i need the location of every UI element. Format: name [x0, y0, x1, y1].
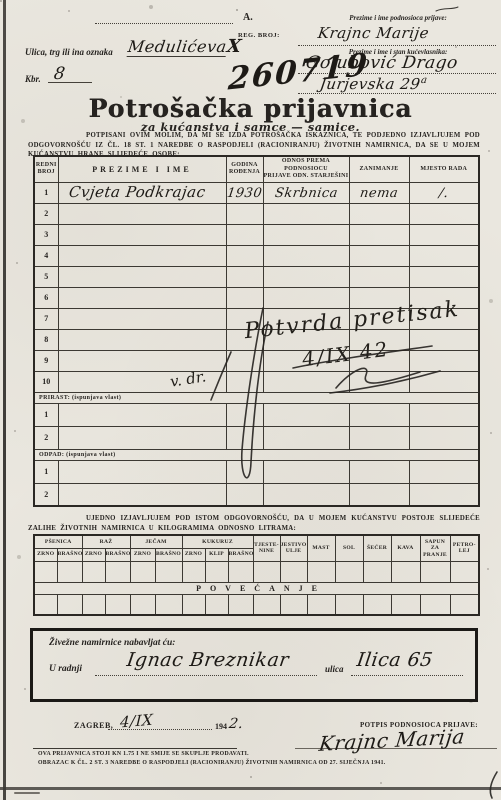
supplies-column-header: PETRO- LEJ	[450, 535, 479, 561]
empty-cell	[226, 483, 263, 506]
prirast-row: 2	[34, 426, 479, 449]
purchase-street-label: ulica	[325, 664, 344, 674]
supply-value-cell	[34, 594, 57, 615]
column-header: ODNOS PREMA PODNOSIOCU PRIJAVE ODN. STAR…	[263, 156, 349, 182]
column-header: ZANIMANJE	[349, 156, 409, 182]
section-letter: A.	[243, 12, 253, 23]
supplies-subcolumn-header: ZRNO	[82, 548, 105, 561]
workplace	[409, 224, 479, 245]
paper-speckles	[0, 0, 2, 2]
street-label: Ulica, trg ili ina oznaka	[25, 47, 113, 57]
odpad-row: 1	[34, 460, 479, 483]
person-name	[58, 224, 226, 245]
supplies-subcolumn-header: KLIP	[205, 548, 228, 561]
workplace	[409, 245, 479, 266]
date-handwriting: 4/IX	[120, 710, 154, 731]
person-row: 3	[34, 224, 479, 245]
supply-value-cell	[155, 594, 182, 615]
scan-edge-bottom	[0, 787, 501, 790]
birth-year	[226, 371, 263, 392]
empty-cell	[58, 460, 226, 483]
birth-year	[226, 287, 263, 308]
supply-value-cell	[205, 561, 228, 582]
birth-year	[226, 266, 263, 287]
reg-broj-label: REG. BROJ:	[238, 32, 280, 39]
supply-value-cell	[57, 594, 82, 615]
person-name	[58, 308, 226, 329]
prirast-row: 1	[34, 403, 479, 426]
person-row: 1Cvjeta Podkrajac1930Skrbnicanema/.	[34, 182, 479, 203]
supplies-column-header: PŠENICA	[34, 535, 82, 548]
person-name	[58, 245, 226, 266]
occupation-text: nema	[359, 187, 399, 200]
prirast-label-row: PRIRAST: (ispunjava vlast)	[34, 392, 479, 403]
scan-corner-mark	[490, 772, 497, 798]
row-number: 2	[34, 426, 58, 449]
row-number: 7	[34, 308, 58, 329]
supplies-table: PŠENICARAŽJEČAMKUKURUZTJESTE- NINEJESTIV…	[33, 534, 480, 616]
person-row: 10	[34, 371, 479, 392]
purchase-box: Živežne namirnice nabavljat ću: U radnji…	[30, 628, 478, 702]
supply-value-cell	[182, 594, 205, 615]
birth-year	[226, 224, 263, 245]
blank-dotted-line	[95, 23, 233, 24]
empty-cell	[263, 483, 349, 506]
form-title: Potrošačka prijavnica	[0, 94, 501, 123]
supply-value-cell	[130, 561, 155, 582]
purchase-street-handwriting: Ilica 65	[355, 649, 434, 671]
prirast-label: PRIRAST: (ispunjava vlast)	[34, 392, 479, 403]
supplies-column-header: SOL	[335, 535, 363, 561]
declaration-paragraph: UJEDNO IZJAVLJUJEM POD ISTOM ODGOVORNOŠĆ…	[28, 514, 480, 533]
supplies-table-body: PŠENICARAŽJEČAMKUKURUZTJESTE- NINEJESTIV…	[34, 535, 479, 615]
fine-print-1: OVA PRIJAVNICA STOJI KN 1.75 I NE SMIJE …	[38, 751, 249, 757]
person-name: Cvjeta Podkrajac	[58, 182, 226, 203]
povecanje-band: POVEĆANJE	[34, 582, 479, 594]
birth-year: 1930	[226, 182, 263, 203]
supplies-group-row: PŠENICARAŽJEČAMKUKURUZTJESTE- NINEJESTIV…	[34, 535, 479, 548]
purchase-heading: Živežne namirnice nabavljat ću:	[49, 638, 175, 648]
relation	[263, 266, 349, 287]
supply-value-cell	[253, 561, 280, 582]
column-header: PREZIME I IME	[58, 156, 226, 182]
empty-cell	[226, 426, 263, 449]
workplace: /.	[409, 182, 479, 203]
supplies-subcolumn-header: ZRNO	[34, 548, 57, 561]
supply-value-cell	[130, 594, 155, 615]
column-header: GODINA ROĐENJA	[226, 156, 263, 182]
row-number: 4	[34, 245, 58, 266]
supplies-column-header: MAST	[307, 535, 335, 561]
supply-value-cell	[34, 561, 57, 582]
supplies-column-header: JESTIVO ULJE	[280, 535, 307, 561]
supplies-column-header: SAPUN ZA PRANJE	[420, 535, 450, 561]
odpad-label-row: ODPAD: (ispunjava vlast)	[34, 449, 479, 460]
house-number-handwriting: 8	[53, 64, 67, 84]
person-name	[58, 203, 226, 224]
workplace	[409, 371, 479, 392]
supply-value-cell	[228, 594, 253, 615]
empty-cell	[226, 403, 263, 426]
supply-value-cell	[335, 594, 363, 615]
supply-value-cell	[253, 594, 280, 615]
year-handwriting: 2.	[228, 716, 245, 732]
supply-value-cell	[335, 561, 363, 582]
empty-cell	[409, 460, 479, 483]
shop-line: Ignac Breznikar	[95, 649, 317, 676]
empty-cell	[409, 426, 479, 449]
row-number: 8	[34, 329, 58, 350]
odpad-row: 2	[34, 483, 479, 506]
year-printed: 194	[215, 722, 227, 731]
birth-year	[226, 203, 263, 224]
supplies-subcolumn-header: BRAŠNO	[57, 548, 82, 561]
person-row: 2	[34, 203, 479, 224]
supplies-column-header: KUKURUZ	[182, 535, 253, 548]
supplies-subcolumn-header: ZRNO	[130, 548, 155, 561]
person-name	[58, 329, 226, 350]
workplace	[409, 350, 479, 371]
supply-value-cell	[155, 561, 182, 582]
persons-header-row: REDNI BROJPREZIME I IMEGODINA ROĐENJAODN…	[34, 156, 479, 182]
column-header: MJESTO RADA	[409, 156, 479, 182]
occupation	[349, 371, 409, 392]
scan-mark	[436, 7, 458, 11]
empty-cell	[349, 426, 409, 449]
person-row: 5	[34, 266, 479, 287]
relation-text: Skrbnica	[274, 187, 339, 200]
relation	[263, 245, 349, 266]
supply-value-cell	[105, 561, 130, 582]
signature-line: Krajnc Marija	[295, 728, 497, 749]
fine-print-2: OBRAZAC K ČL. 2 ST. 3 NAREDBE O RASPODJE…	[38, 760, 386, 766]
person-name-text: Cvjeta Podkrajac	[68, 186, 206, 199]
row-number: 10	[34, 371, 58, 392]
column-header: REDNI BROJ	[34, 156, 58, 182]
supply-value-cell	[391, 561, 420, 582]
empty-cell	[58, 426, 226, 449]
supply-value-cell	[182, 561, 205, 582]
person-name	[58, 287, 226, 308]
supply-value-cell	[420, 594, 450, 615]
workplace-text: /.	[438, 187, 449, 200]
occupation: nema	[349, 182, 409, 203]
supplies-subcolumn-header: ZRNO	[182, 548, 205, 561]
row-number: 1	[34, 460, 58, 483]
row-number: 3	[34, 224, 58, 245]
relation	[263, 224, 349, 245]
row-number: 9	[34, 350, 58, 371]
supplies-subcolumn-header: BRAŠNO	[228, 548, 253, 561]
scan-mark	[14, 792, 40, 794]
supply-value-cell	[205, 594, 228, 615]
empty-cell	[409, 483, 479, 506]
supply-value-cell	[363, 594, 391, 615]
occupation	[349, 203, 409, 224]
empty-cell	[263, 403, 349, 426]
supply-value-cell	[391, 594, 420, 615]
row-number: 2	[34, 203, 58, 224]
relation: Skrbnica	[263, 182, 349, 203]
empty-cell	[409, 403, 479, 426]
supplies-subcolumn-header: BRAŠNO	[155, 548, 182, 561]
supply-value-cell	[57, 561, 82, 582]
supply-value-cell	[307, 594, 335, 615]
house-number-label: Kbr.	[25, 74, 41, 84]
supplies-column-header: ŠEĆER	[363, 535, 391, 561]
person-name	[58, 266, 226, 287]
person-row: 4	[34, 245, 479, 266]
supplies-column-header: TJESTE- NINE	[253, 535, 280, 561]
supplies-data-row	[34, 594, 479, 615]
supply-value-cell	[280, 561, 307, 582]
povecanje-band-row: POVEĆANJE	[34, 582, 479, 594]
applicant-name-handwriting: Krajnc Marije	[317, 24, 431, 42]
supply-value-cell	[450, 594, 479, 615]
workplace	[409, 203, 479, 224]
row-number: 1	[34, 403, 58, 426]
empty-cell	[263, 426, 349, 449]
empty-cell	[349, 460, 409, 483]
empty-cell	[349, 403, 409, 426]
supply-value-cell	[307, 561, 335, 582]
occupation	[349, 266, 409, 287]
street-handwriting: Medulićeva	[127, 37, 228, 57]
supplies-column-header: JEČAM	[130, 535, 182, 548]
date-line: 4/IX	[108, 712, 212, 730]
supply-value-cell	[228, 561, 253, 582]
occupation	[349, 245, 409, 266]
workplace	[409, 266, 479, 287]
empty-cell	[263, 460, 349, 483]
supplies-data-row	[34, 561, 479, 582]
shop-label: U radnji	[49, 664, 82, 674]
supplies-subcolumn-header: BRAŠNO	[105, 548, 130, 561]
empty-cell	[349, 483, 409, 506]
empty-cell	[58, 483, 226, 506]
supply-value-cell	[82, 561, 105, 582]
row-number: 5	[34, 266, 58, 287]
scanned-form-page: A. REG. BROJ: Prezime i ime podnosioca p…	[0, 0, 501, 800]
row-number: 2	[34, 483, 58, 506]
supply-value-cell	[420, 561, 450, 582]
applicant-label: Prezime i ime podnosioca prijave:	[300, 14, 496, 22]
row-number: 1	[34, 182, 58, 203]
supply-value-cell	[82, 594, 105, 615]
supply-value-cell	[280, 594, 307, 615]
workplace	[409, 329, 479, 350]
odpad-label: ODPAD: (ispunjava vlast)	[34, 449, 479, 460]
supply-value-cell	[450, 561, 479, 582]
relation	[263, 371, 349, 392]
fine-print-separator	[33, 748, 237, 749]
applicant-line: Krajnc Marije	[298, 24, 496, 46]
occupation	[349, 224, 409, 245]
person-row: 9	[34, 350, 479, 371]
birth-year	[226, 350, 263, 371]
house-number-line: 8	[48, 64, 92, 83]
supplies-column-header: RAŽ	[82, 535, 130, 548]
supplies-column-header: KAVA	[391, 535, 420, 561]
birth-year-text: 1930	[226, 187, 263, 200]
row-number: 6	[34, 287, 58, 308]
street-handwriting-wrap: MedulićevaX	[128, 36, 241, 57]
empty-cell	[58, 403, 226, 426]
birth-year	[226, 245, 263, 266]
relation	[263, 287, 349, 308]
shop-name-handwriting: Ignac Breznikar	[125, 649, 290, 671]
signature-handwriting: Krajnc Marija	[318, 724, 467, 756]
purchase-street-line: Ilica 65	[351, 649, 463, 676]
supply-value-cell	[105, 594, 130, 615]
supply-value-cell	[363, 561, 391, 582]
empty-cell	[226, 460, 263, 483]
street-mark-handwriting: X	[225, 36, 242, 57]
relation	[263, 203, 349, 224]
